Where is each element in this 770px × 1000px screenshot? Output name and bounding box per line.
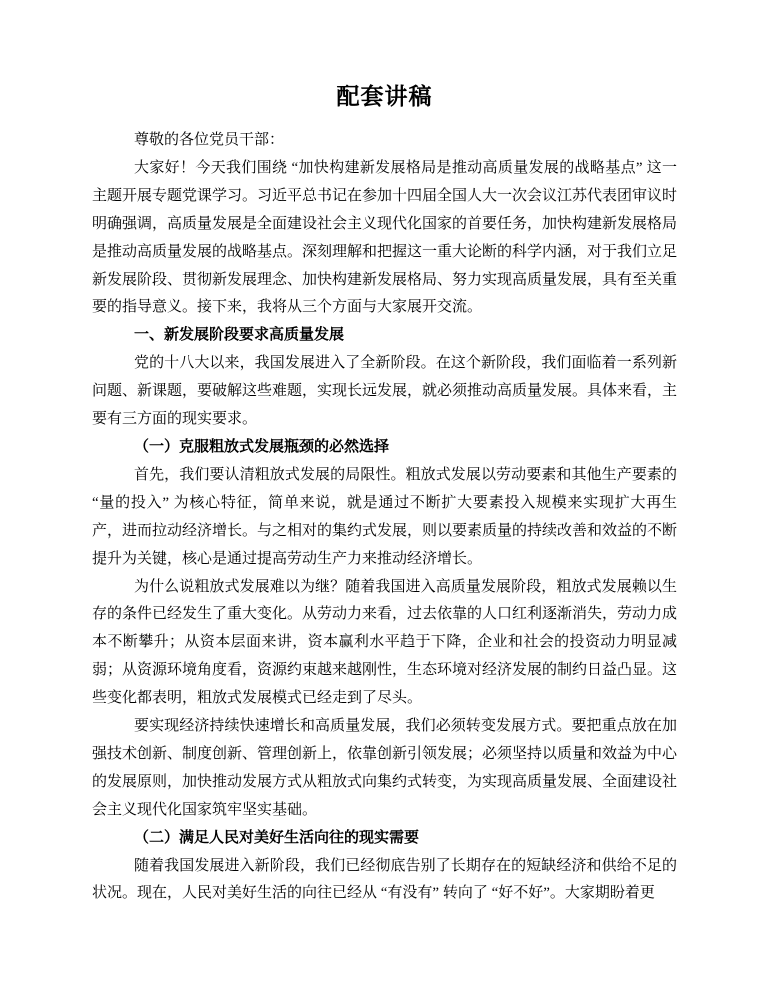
intro-paragraph: 大家好！今天我们围绕 “加快构建新发展格局是推动高质量发展的战略基点” 这一主题… [92,155,677,322]
section-1-intro-paragraph: 党的十八大以来，我国发展进入了全新阶段。在这个新阶段，我们面临着一系列新问题、新… [92,350,677,434]
section-1-heading: 一、新发展阶段要求高质量发展 [92,322,677,350]
subsection-1-1-paragraph-2: 为什么说粗放式发展难以为继？随着我国进入高质量发展阶段，粗放式发展赖以生存的条件… [92,574,677,714]
salutation-line: 尊敬的各位党员干部： [92,127,677,155]
document-page: 配套讲稿 尊敬的各位党员干部： 大家好！今天我们围绕 “加快构建新发展格局是推动… [0,0,770,1000]
subsection-1-2-heading: （二）满足人民对美好生活向往的现实需要 [92,825,677,853]
document-content: 配套讲稿 尊敬的各位党员干部： 大家好！今天我们围绕 “加快构建新发展格局是推动… [92,80,677,908]
subsection-1-2-paragraph-1: 随着我国发展进入新阶段，我们已经彻底告别了长期存在的短缺经济和供给不足的状况。现… [92,853,677,909]
subsection-1-1-paragraph-1: 首先，我们要认清粗放式发展的局限性。粗放式发展以劳动要素和其他生产要素的“量的投… [92,462,677,574]
document-title: 配套讲稿 [92,80,677,114]
subsection-1-1-paragraph-3: 要实现经济持续快速增长和高质量发展，我们必须转变发展方式。要把重点放在加强技术创… [92,713,677,825]
subsection-1-1-heading: （一）克服粗放式发展瓶颈的必然选择 [92,434,677,462]
